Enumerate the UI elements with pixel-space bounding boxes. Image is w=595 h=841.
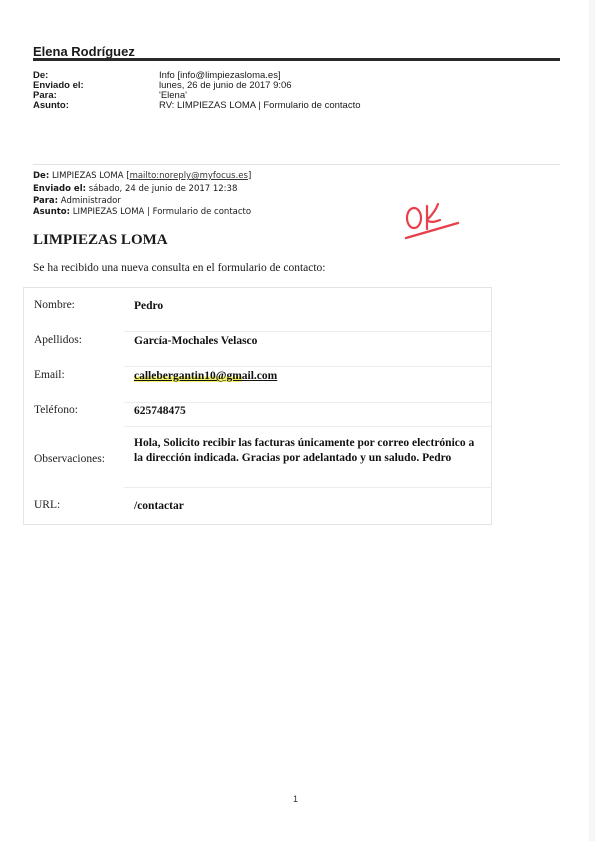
row-divider <box>124 366 491 367</box>
form-label: Email: <box>34 369 65 381</box>
email-rest: ail.com <box>242 370 277 382</box>
forward-from-row: De: LIMPIEZAS LOMA [mailto:noreply@myfoc… <box>33 171 251 181</box>
forward-to-label: Para: <box>33 196 58 206</box>
row-divider <box>124 331 491 332</box>
email-highlight: callebergantin10@gm <box>134 370 242 382</box>
row-divider <box>124 487 491 488</box>
form-label: Observaciones: <box>34 453 105 465</box>
forward-sent-label: Enviado el: <box>33 184 86 194</box>
forward-sent-value: sábado, 24 de junio de 2017 12:38 <box>89 184 238 194</box>
form-value: Hola, Solicito recibir las facturas únic… <box>134 436 484 466</box>
forward-to-value: Administrador <box>61 196 121 206</box>
forward-subject-label: Asunto: <box>33 207 70 217</box>
forward-subject-value: LIMPIEZAS LOMA | Formulario de contacto <box>73 207 251 217</box>
form-label: Apellidos: <box>34 334 82 346</box>
contact-form-table: Nombre: Pedro Apellidos: García-Mochales… <box>23 287 492 525</box>
form-value: García-Mochales Velasco <box>134 334 489 349</box>
page-edge <box>589 0 595 841</box>
forward-from-link[interactable]: mailto:noreply@myfocus.es <box>130 171 248 181</box>
forward-from-name: LIMPIEZAS LOMA <box>52 171 124 181</box>
form-value: Pedro <box>134 299 489 314</box>
outer-subject-label: Asunto: <box>33 101 69 112</box>
email-link[interactable]: callebergantin10@gmail.com <box>134 369 489 384</box>
forward-separator <box>33 164 560 165</box>
row-divider <box>124 426 491 427</box>
brand-title: LIMPIEZAS LOMA <box>33 232 168 249</box>
intro-text: Se ha recibido una nueva consulta en el … <box>33 262 326 274</box>
outer-subject-value: RV: LIMPIEZAS LOMA | Formulario de conta… <box>159 101 361 112</box>
page-number: 1 <box>293 794 298 804</box>
form-value: /contactar <box>134 499 489 514</box>
forward-from-label: De: <box>33 171 49 181</box>
form-value: 625748475 <box>134 404 489 419</box>
printed-owner-name: Elena Rodríguez <box>33 44 135 59</box>
title-rule <box>33 58 560 61</box>
form-label: Nombre: <box>34 299 75 311</box>
handwritten-ok-mark <box>400 198 470 243</box>
forward-sent-row: Enviado el: sábado, 24 de junio de 2017 … <box>33 184 237 194</box>
forward-to-row: Para: Administrador <box>33 196 121 206</box>
form-label: Teléfono: <box>34 404 78 416</box>
row-divider <box>124 402 491 403</box>
form-label: URL: <box>34 499 60 511</box>
forward-subject-row: Asunto: LIMPIEZAS LOMA | Formulario de c… <box>33 207 251 217</box>
